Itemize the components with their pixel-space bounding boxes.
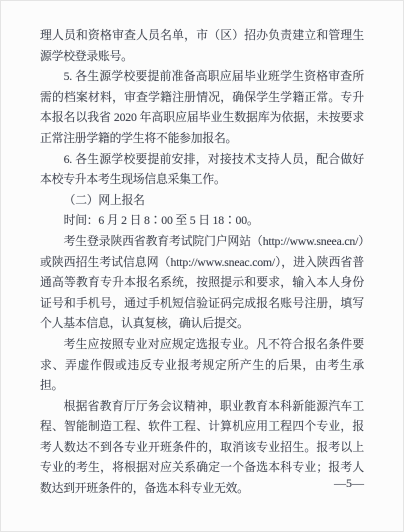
paragraph-registration-steps: 考生登录陕西省教育考试院门户网站（http://www.sneea.cn/）或陕… (40, 231, 364, 334)
paragraph-item-6: 6. 各生源学校要提前安排，对接技术支持人员，配合做好本校专升本考生现场信息采集… (40, 149, 364, 190)
page-number: —5— (334, 476, 364, 491)
paragraph-continuation: 理人员和资格审查人员名单，市（区）招办负责建立和管理生源学校登录账号。 (40, 25, 364, 66)
document-page: 理人员和资格审查人员名单，市（区）招办负责建立和管理生源学校登录账号。 5. 各… (0, 0, 404, 532)
section-heading-online-registration: （二）网上报名 (40, 190, 364, 211)
paragraph-item-5: 5. 各生源学校要提前准备高职应届毕业班学生资格审查所需的档案材料，审查学籍注册… (40, 66, 364, 148)
paragraph-major-selection-rule: 考生应按照专业对应规定选报专业。凡不符合报名条件要求、弄虚作假或违反专业报考规定… (40, 334, 364, 396)
paragraph-vocational-majors: 根据省教育厅厅务会议精神，职业教育本科新能源汽车工程、智能制造工程、软件工程、计… (40, 396, 364, 499)
paragraph-time: 时间：6 月 2 日 8∶00 至 5 日 18∶00。 (40, 210, 364, 231)
document-body: 理人员和资格审查人员名单，市（区）招办负责建立和管理生源学校登录账号。 5. 各… (40, 25, 364, 499)
